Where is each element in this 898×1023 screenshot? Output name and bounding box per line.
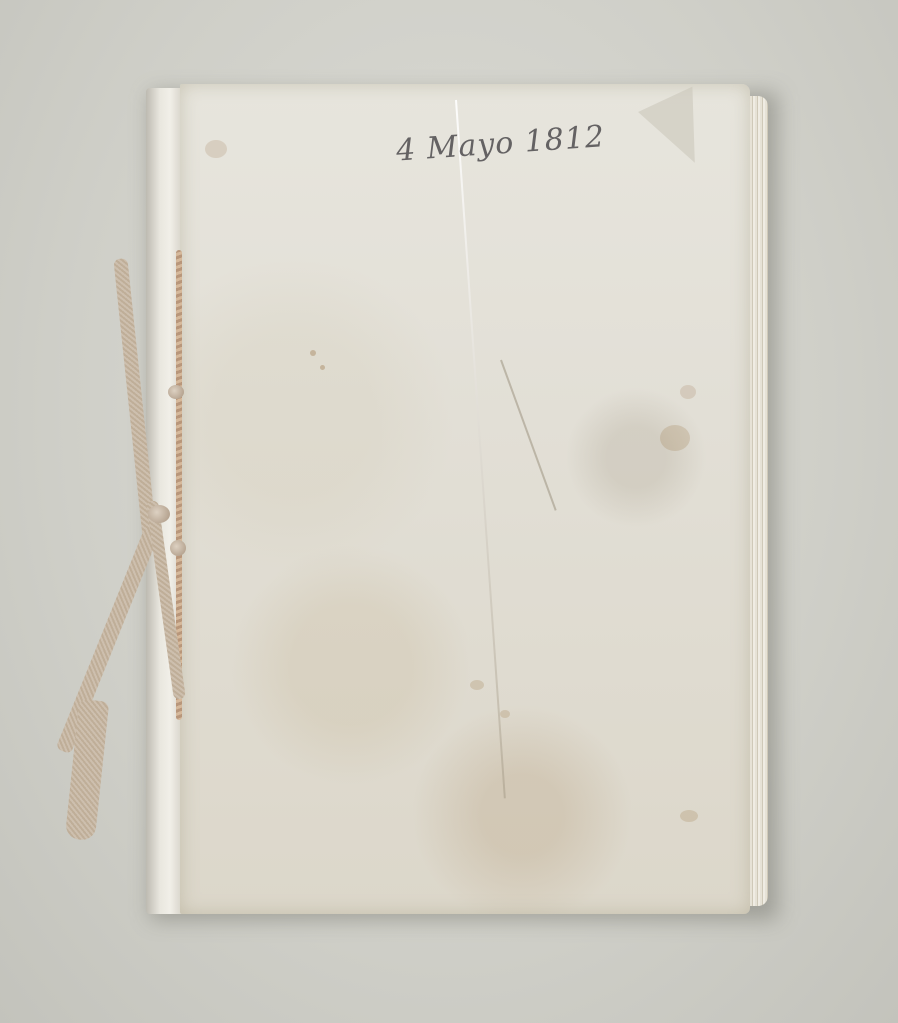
ribbon-knot bbox=[148, 505, 170, 523]
stain bbox=[320, 365, 325, 370]
stain bbox=[205, 140, 227, 158]
booklet-cover bbox=[180, 84, 750, 914]
stain bbox=[470, 680, 484, 690]
ribbon-strand-lower bbox=[56, 526, 161, 755]
stain bbox=[310, 350, 316, 356]
stain bbox=[500, 710, 510, 718]
cord-knot bbox=[168, 385, 184, 399]
photo-scene: 4 Mayo 1812 bbox=[0, 0, 898, 1023]
stain bbox=[680, 810, 698, 822]
cord-knot bbox=[170, 540, 186, 556]
stain bbox=[680, 385, 696, 399]
stain bbox=[660, 425, 690, 451]
